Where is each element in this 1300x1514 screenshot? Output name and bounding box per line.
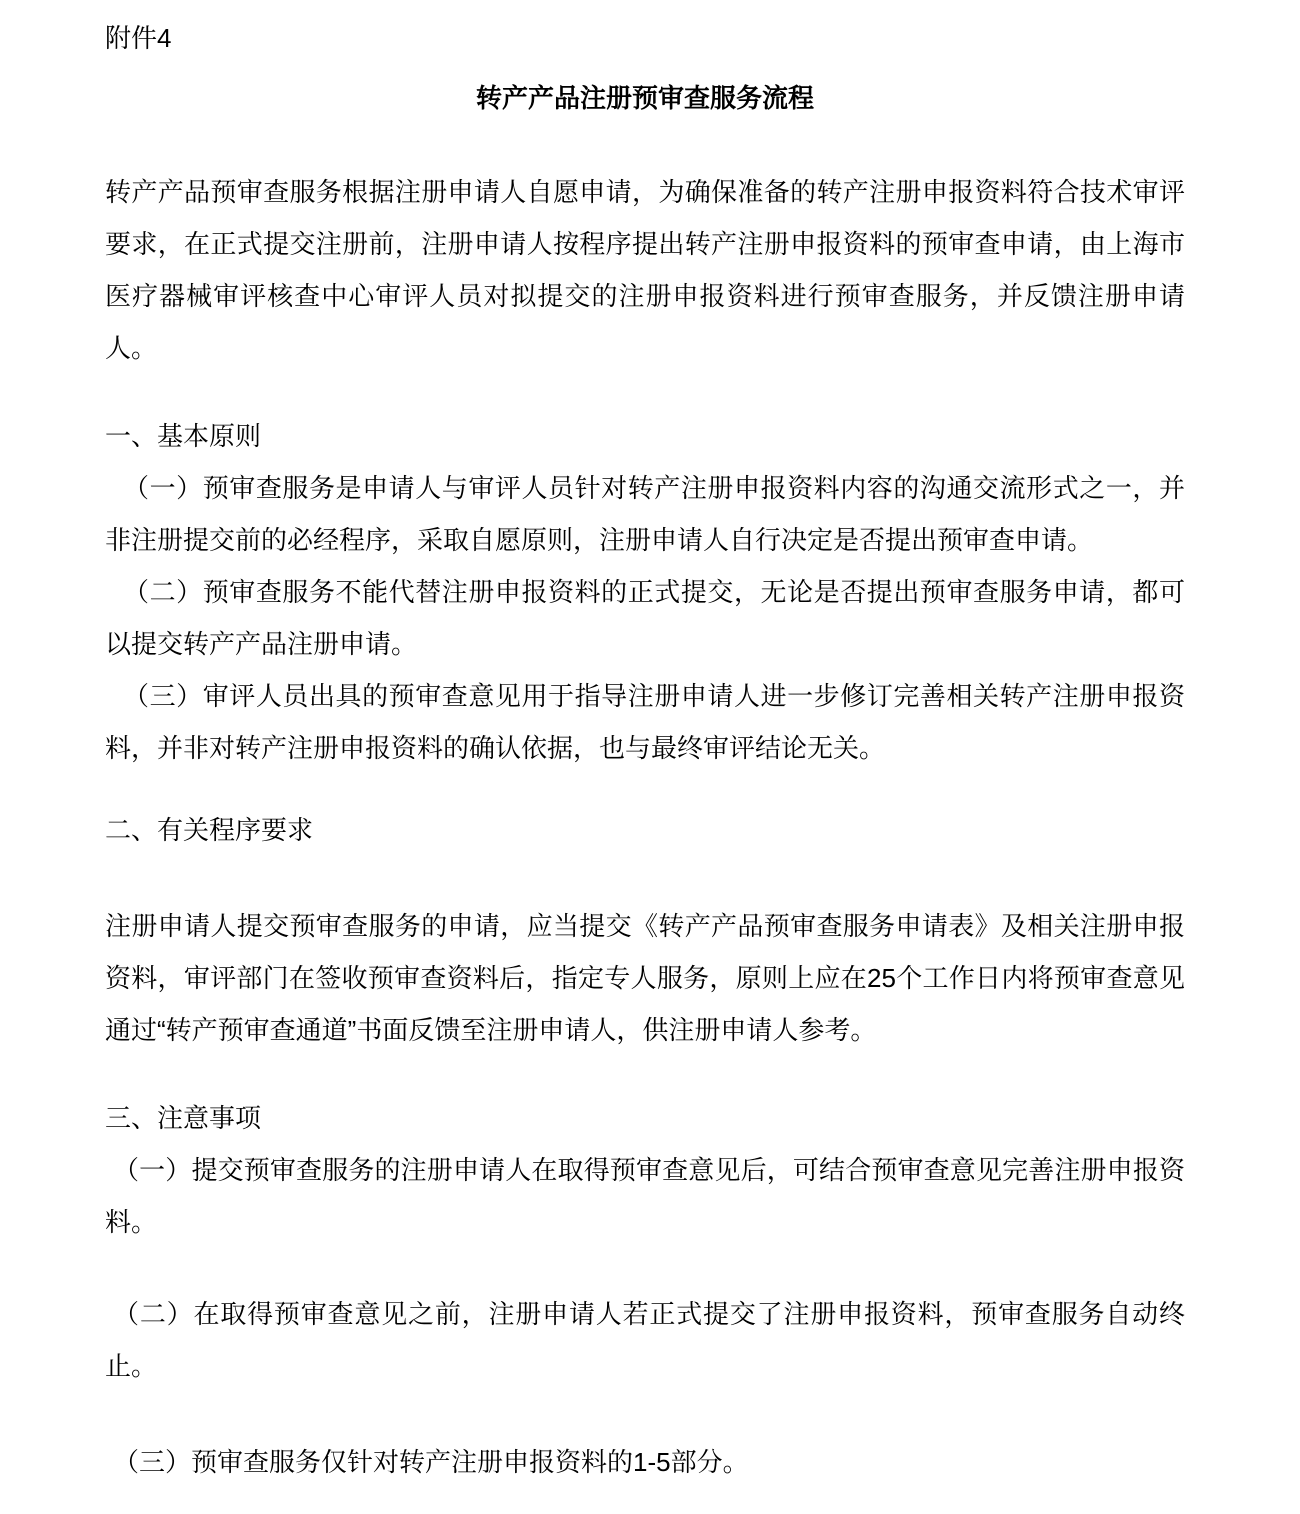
attachment-label: 附件4	[105, 18, 1185, 58]
section3-item-3: （三）预审查服务仅针对转产注册申报资料的1-5部分。	[105, 1436, 1185, 1488]
section-heading-basic-principles: 一、基本原则	[105, 410, 1185, 462]
section3-item-2: （二）在取得预审查意见之前，注册申请人若正式提交了注册申报资料，预审查服务自动终…	[105, 1288, 1185, 1392]
section-heading-procedure-requirements: 二、有关程序要求	[105, 804, 1185, 856]
section3-item-1: （一）提交预审查服务的注册申请人在取得预审查意见后，可结合预审查意见完善注册申报…	[105, 1144, 1185, 1248]
section2-paragraph: 注册申请人提交预审查服务的申请，应当提交《转产产品预审查服务申请表》及相关注册申…	[105, 900, 1185, 1056]
section-heading-notes: 三、注意事项	[105, 1092, 1185, 1144]
document-title: 转产产品注册预审查服务流程	[105, 78, 1185, 118]
section1-item-1: （一）预审查服务是申请人与审评人员针对转产注册申报资料内容的沟通交流形式之一，并…	[105, 462, 1185, 566]
section1-item-3: （三）审评人员出具的预审查意见用于指导注册申请人进一步修订完善相关转产注册申报资…	[105, 670, 1185, 774]
section1-item-2: （二）预审查服务不能代替注册申报资料的正式提交，无论是否提出预审查服务申请，都可…	[105, 566, 1185, 670]
document-page: 附件4 转产产品注册预审查服务流程 转产产品预审查服务根据注册申请人自愿申请，为…	[0, 0, 1300, 1514]
intro-paragraph: 转产产品预审查服务根据注册申请人自愿申请，为确保准备的转产注册申报资料符合技术审…	[105, 166, 1185, 374]
